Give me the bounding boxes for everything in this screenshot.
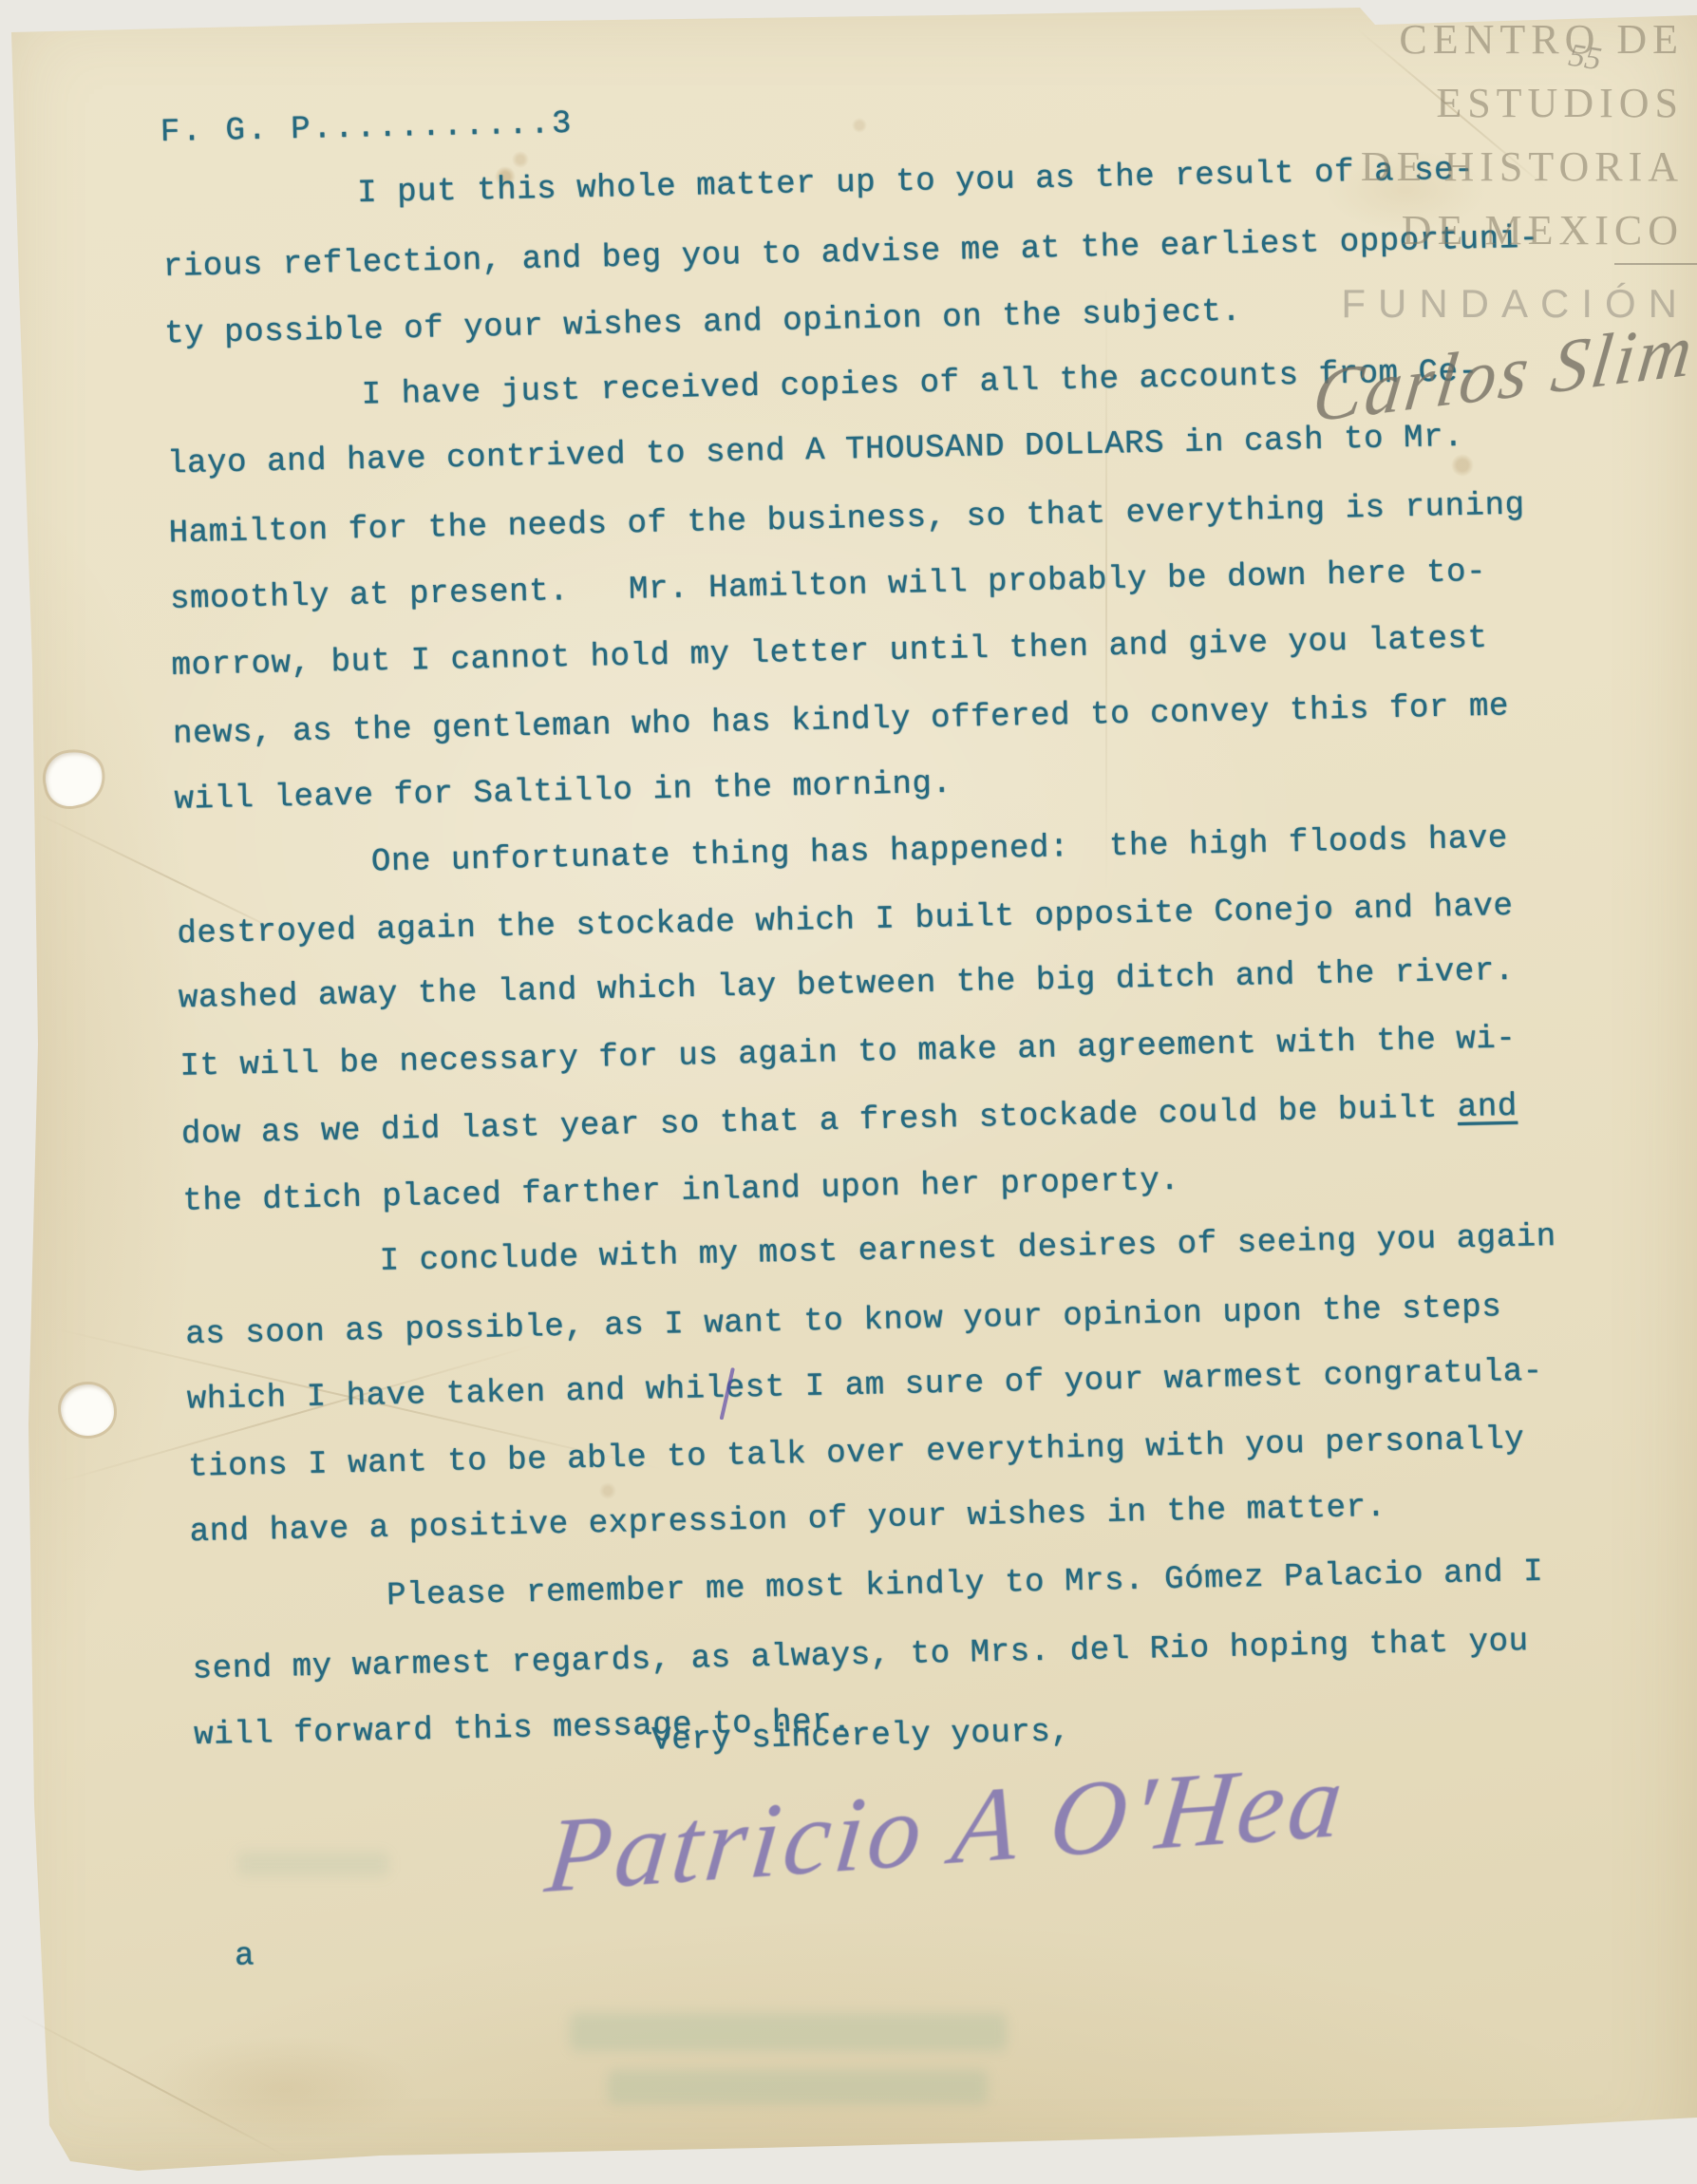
closing-line: Very sincerely yours, <box>651 1714 1071 1759</box>
page-reference-header: F. G. P...........3 <box>160 106 574 151</box>
watermark-rule <box>1614 263 1697 265</box>
underline-correction-mark: and <box>1457 1089 1518 1126</box>
typist-initial: a <box>235 1938 255 1974</box>
scanned-letter-page: { "colors": { "background": "#eae8e2", "… <box>0 0 1697 2184</box>
slash-correction-mark: whilest <box>645 1370 785 1409</box>
pencil-number-note: 55 <box>1566 38 1604 79</box>
